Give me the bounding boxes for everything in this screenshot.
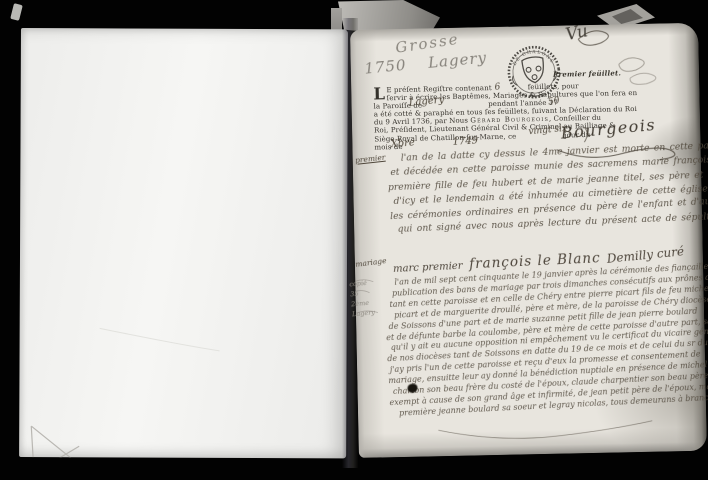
paper-speck <box>10 3 23 21</box>
insert-month: Xbre <box>390 137 415 150</box>
entry1-margin-note: premier <box>355 153 386 165</box>
dog-ear-fold <box>19 28 348 458</box>
entry2-marriage-act: l'an de mil sept cent cinquante le 19 ja… <box>383 263 695 420</box>
insert-year-digits: 50 <box>547 96 560 108</box>
register-first-folio-page: Grosse 1750 Lagery Vu DE CHALONS Premier… <box>350 23 707 458</box>
insert-signing-year: 1749 <box>452 135 478 147</box>
blank-left-page <box>19 28 348 458</box>
svg-text:DE CHALONS: DE CHALONS <box>510 46 555 69</box>
premier-feuillet-label: Premier feüillet. <box>553 68 621 78</box>
entry2-margin-note: mariage <box>355 256 387 269</box>
entry1-burial-act: l'an de la datte cy dessus le 4me janvie… <box>387 141 670 238</box>
closing-flourish <box>438 421 652 440</box>
signature-marc-premier: marc premier <box>393 257 463 276</box>
annotation-vu: Vu <box>564 21 590 45</box>
stamp-ring-text: DE CHALONS <box>510 46 555 69</box>
insert-folio-count: 6 <box>494 82 501 93</box>
drop-cap: L <box>373 87 385 101</box>
register-photo: Grosse 1750 Lagery Vu DE CHALONS Premier… <box>0 0 708 480</box>
annotation-year-place: 1750 Lagery <box>364 49 488 78</box>
